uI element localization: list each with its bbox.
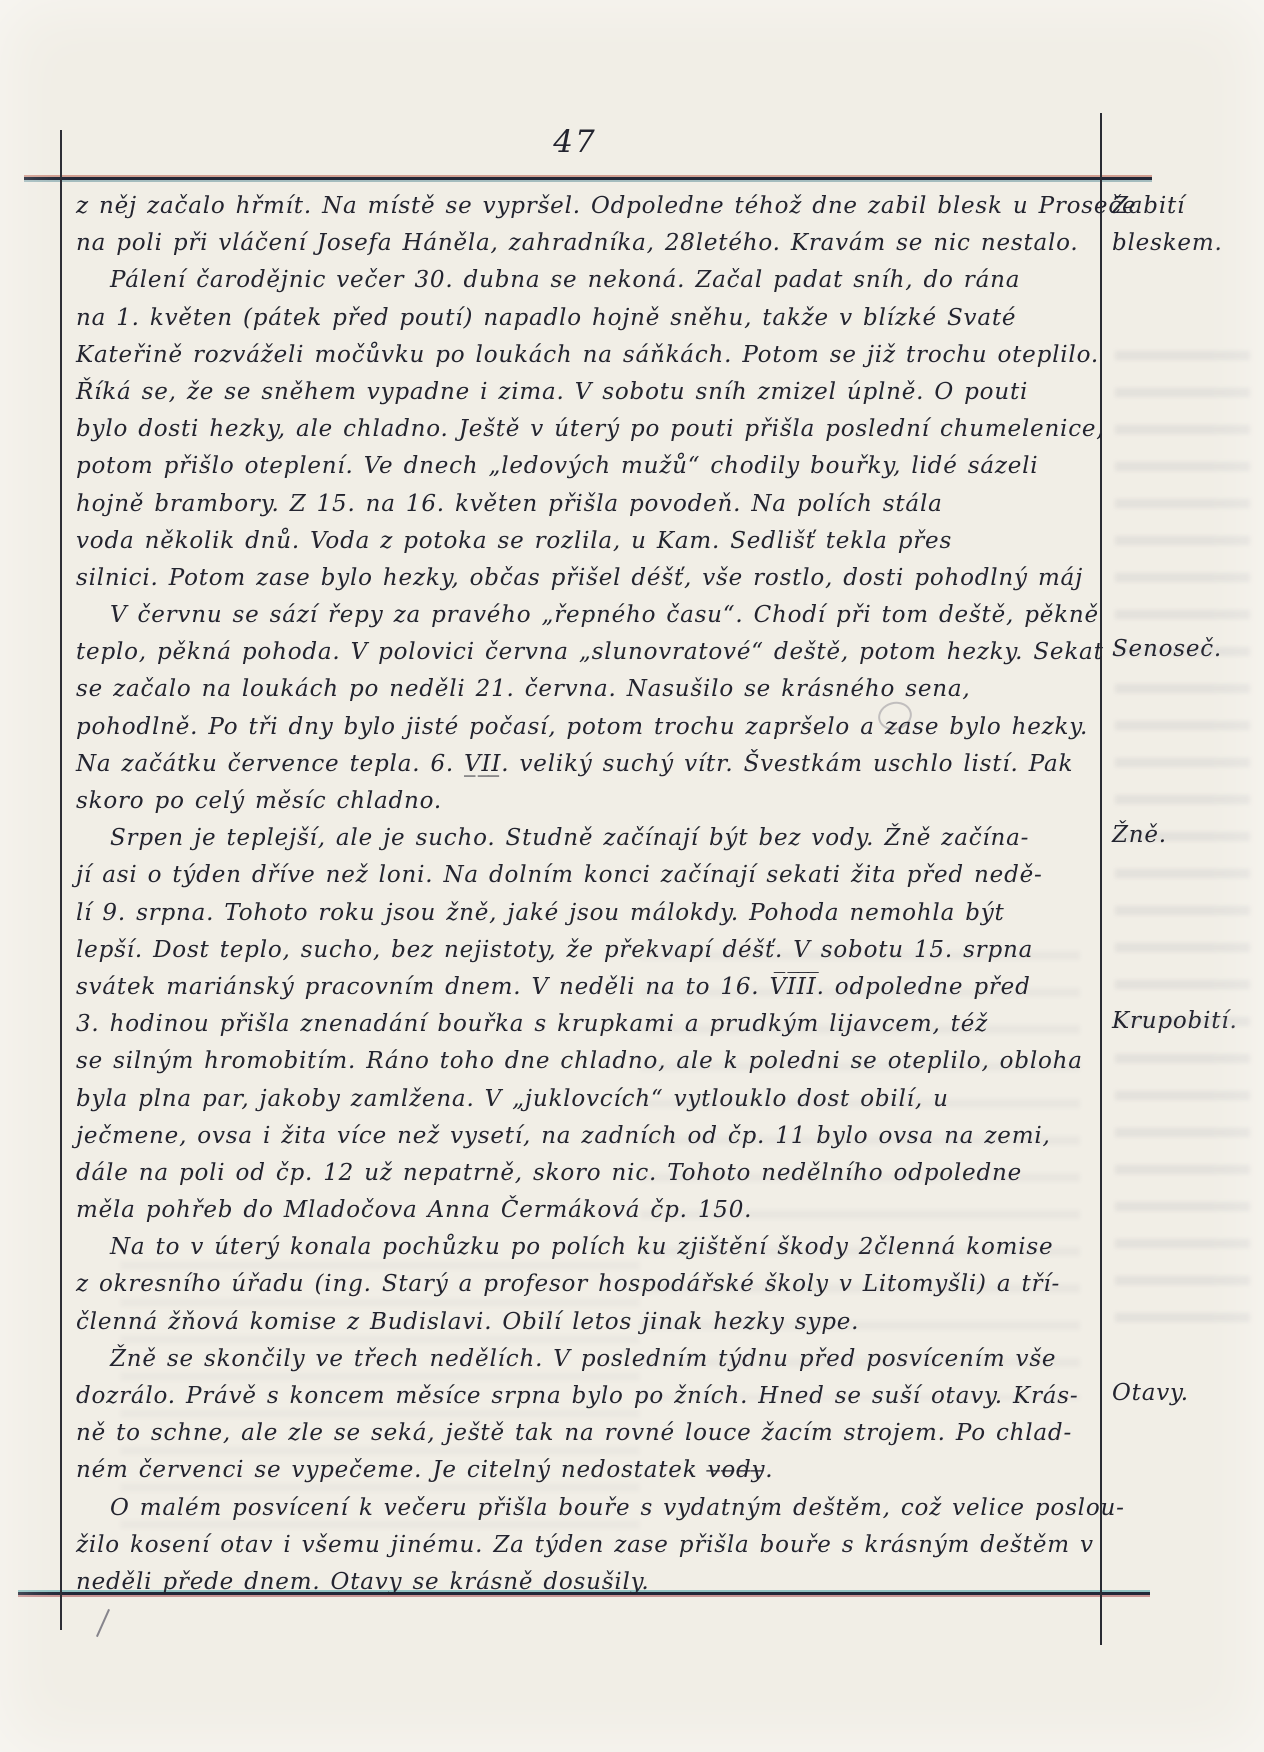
handwritten-line: hojně brambory. Z 15. na 16. květen přiš… [76,486,1106,523]
handwritten-line: Srpen je teplejší, ale je sucho. Studně … [76,820,1106,857]
handwritten-line: teplo, pěkná pohoda. V polovici června „… [76,634,1106,671]
handwritten-line: ném červenci se vypečeme. Je citelný ned… [76,1452,1106,1489]
handwritten-line: byla plna par, jakoby zamlžena. V „juklo… [76,1081,1106,1118]
page-number: 47 [540,124,610,160]
margin-note-otavy: Otavy. [1112,1380,1189,1406]
chronicle-page-scan: 47 z něj začalo hřmít. Na místě se vyprš… [0,0,1264,1752]
handwritten-line: bylo dosti hezky, ale chladno. Ještě v ú… [76,411,1106,448]
handwritten-line: jí asi o týden dříve než loni. Na dolním… [76,857,1106,894]
handwritten-line: Na to v úterý konala pochůzku po polích … [76,1229,1106,1266]
handwritten-line: měla pohřeb do Mladočova Anna Čermáková … [76,1192,1106,1229]
handwritten-line: pohodlně. Po tři dny bylo jisté počasí, … [76,709,1106,746]
handwritten-line: Žně se skončily ve třech nedělích. V pos… [76,1341,1106,1378]
handwritten-line: lí 9. srpna. Tohoto roku jsou žně, jaké … [76,895,1106,932]
handwritten-line: potom přišlo oteplení. Ve dnech „ledovýc… [76,448,1106,485]
handwritten-line: ječmene, ovsa i žita více než vysetí, na… [76,1118,1106,1155]
handwritten-line: V červnu se sází řepy za pravého „řepnéh… [76,597,1106,634]
handwritten-line: na poli při vláčení Josefa Háněla, zahra… [76,225,1106,262]
margin-note-zabiti: Zabití [1112,193,1185,219]
handwritten-line: z něj začalo hřmít. Na místě se vypršel.… [76,188,1106,225]
handwritten-line: Kateřině rozváželi močůvku po loukách na… [76,337,1106,374]
left-margin-rule [60,130,62,1630]
margin-note-zne: Žně. [1112,822,1167,848]
margin-note-senosec: Senoseč. [1112,636,1222,662]
handwritten-line: svátek mariánský pracovním dnem. V neděl… [76,969,1106,1006]
pen-tick-mark [96,1609,110,1637]
margin-note-krupobiti: Krupobití. [1112,1008,1238,1034]
handwritten-line: žilo kosení otav i všemu jinému. Za týde… [76,1527,1106,1564]
handwritten-line: skoro po celý měsíc chladno. [76,783,1106,820]
handwritten-line: ně to schne, ale zle se seká, ještě tak … [76,1415,1106,1452]
handwritten-line: se začalo na loukách po neděli 21. červn… [76,671,1106,708]
handwritten-line: voda několik dnů. Voda z potoka se rozli… [76,523,1106,560]
handwritten-line: Pálení čarodějnic večer 30. dubna se nek… [76,262,1106,299]
handwritten-line: na 1. květen (pátek před poutí) napadlo … [76,300,1106,337]
handwritten-body: z něj začalo hřmít. Na místě se vypršel.… [76,188,1106,1601]
margin-note-bleskem: bleskem. [1112,230,1223,256]
handwritten-line: se silným hromobitím. Ráno toho dne chla… [76,1043,1106,1080]
top-rule [24,177,1152,180]
handwritten-line: Na začátku července tepla. 6. V̲I̲I̲. ve… [76,746,1106,783]
handwritten-line: O malém posvícení k večeru přišla bouře … [76,1490,1106,1527]
handwritten-line: z okresního úřadu (ing. Starý a profesor… [76,1266,1106,1303]
handwritten-line: dále na poli od čp. 12 už nepatrně, skor… [76,1155,1106,1192]
handwritten-line: neděli přede dnem. Otavy se krásně dosuš… [76,1564,1106,1601]
handwritten-line: členná žňová komise z Budislavi. Obilí l… [76,1304,1106,1341]
handwritten-line: Říká se, že se sněhem vypadne i zima. V … [76,374,1106,411]
handwritten-line: 3. hodinou přišla znenadání bouřka s kru… [76,1006,1106,1043]
handwritten-line: lepší. Dost teplo, sucho, bez nejistoty,… [76,932,1106,969]
handwritten-line: dozrálo. Právě s koncem měsíce srpna byl… [76,1378,1106,1415]
handwritten-line: silnici. Potom zase bylo hezky, občas př… [76,560,1106,597]
